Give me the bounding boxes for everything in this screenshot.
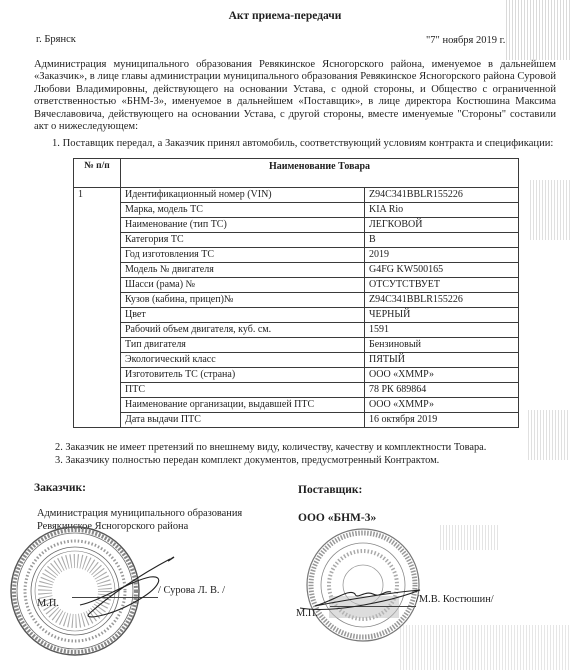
- row-label: Тип двигателя: [121, 338, 365, 353]
- row-label: Цвет: [121, 308, 365, 323]
- row-value: B: [365, 233, 519, 248]
- row-label: Категория ТС: [121, 233, 365, 248]
- scan-artifact: [506, 0, 570, 60]
- intro-text: Администрация муниципального образования…: [34, 59, 556, 133]
- row-value: ПЯТЫЙ: [365, 353, 519, 368]
- row-label: Идентификационный номер (VIN): [121, 188, 365, 203]
- table-row: Наименование (тип ТС)ЛЕГКОВОЙ: [74, 218, 519, 233]
- row-value: Бензиновый: [365, 338, 519, 353]
- row-value: 16 октября 2019: [365, 413, 519, 428]
- table-row: Шасси (рама) №ОТСУТСТВУЕТ: [74, 278, 519, 293]
- row-label: Кузов (кабина, прицеп)№: [121, 293, 365, 308]
- document-city: г. Брянск: [36, 34, 76, 45]
- table-row: Наименование организации, выдавшей ПТСОО…: [74, 398, 519, 413]
- table-row: Рабочий объем двигателя, куб. см.1591: [74, 323, 519, 338]
- customer-signatory: / Сурова Л. В. /: [158, 585, 225, 596]
- table-row: Категория ТСB: [74, 233, 519, 248]
- row-value: KIA Rio: [365, 203, 519, 218]
- document-date: "7" ноября 2019 г.: [426, 35, 505, 46]
- table-row: Дата выдачи ПТС16 октября 2019: [74, 413, 519, 428]
- row-value: 2019: [365, 248, 519, 263]
- row-value: ЧЕРНЫЙ: [365, 308, 519, 323]
- table-row: Экологический классПЯТЫЙ: [74, 353, 519, 368]
- scan-artifact: [528, 410, 570, 460]
- table-row: ЦветЧЕРНЫЙ: [74, 308, 519, 323]
- row-value: G4FG KW500165: [365, 263, 519, 278]
- row-label: ПТС: [121, 383, 365, 398]
- row-value: 1591: [365, 323, 519, 338]
- customer-stamp-label: М.П.: [37, 598, 59, 609]
- table-row: 1Идентификационный номер (VIN)Z94C341BBL…: [74, 188, 519, 203]
- clause-3: 3. Заказчику полностью передан комплект …: [55, 455, 439, 466]
- table-row: Модель № двигателяG4FG KW500165: [74, 263, 519, 278]
- row-value: Z94C341BBLR155226: [365, 293, 519, 308]
- row-label: Экологический класс: [121, 353, 365, 368]
- supplier-signatory: /М.В. Костюшин/: [416, 594, 494, 605]
- row-label: Наименование организации, выдавшей ПТС: [121, 398, 365, 413]
- row-label: Модель № двигателя: [121, 263, 365, 278]
- scan-artifact: [400, 625, 570, 670]
- scan-artifact: [440, 525, 500, 550]
- supplier-stamp-label: М.П.: [296, 608, 318, 619]
- row-value: ЛЕГКОВОЙ: [365, 218, 519, 233]
- row-label: Рабочий объем двигателя, куб. см.: [121, 323, 365, 338]
- vehicle-spec-table: № п/п Наименование Товара 1Идентификацио…: [73, 158, 519, 428]
- header-name: Наименование Товара: [121, 159, 519, 188]
- customer-heading: Заказчик:: [34, 482, 86, 494]
- document-title: Акт приема-передачи: [0, 10, 570, 22]
- header-num: № п/п: [74, 159, 121, 188]
- row-label: Наименование (тип ТС): [121, 218, 365, 233]
- table-row: Марка, модель ТСKIA Rio: [74, 203, 519, 218]
- table-row: Изготовитель ТС (страна)ООО «ХММР»: [74, 368, 519, 383]
- table-row: ПТС78 РК 689864: [74, 383, 519, 398]
- table-row: Тип двигателяБензиновый: [74, 338, 519, 353]
- row-value: 78 РК 689864: [365, 383, 519, 398]
- row-label: Дата выдачи ПТС: [121, 413, 365, 428]
- supplier-heading: Поставщик:: [298, 484, 362, 496]
- row-label: Изготовитель ТС (страна): [121, 368, 365, 383]
- intro-paragraph: Администрация муниципального образования…: [34, 59, 556, 133]
- row-value: ОТСУТСТВУЕТ: [365, 278, 519, 293]
- row-value: ООО «ХММР»: [365, 368, 519, 383]
- row-label: Шасси (рама) №: [121, 278, 365, 293]
- document-page: Акт приема-передачи г. Брянск "7" ноября…: [0, 0, 570, 670]
- clause-1: 1. Поставщик передал, а Заказчик принял …: [34, 138, 556, 150]
- scan-artifact: [530, 180, 570, 240]
- item-number: 1: [74, 188, 121, 428]
- row-label: Марка, модель ТС: [121, 203, 365, 218]
- table-row: Год изготовления ТС2019: [74, 248, 519, 263]
- row-label: Год изготовления ТС: [121, 248, 365, 263]
- row-value: ООО «ХММР»: [365, 398, 519, 413]
- table-row: Кузов (кабина, прицеп)№Z94C341BBLR155226: [74, 293, 519, 308]
- clause-2: 2. Заказчик не имеет претензий по внешне…: [55, 442, 486, 453]
- table-header-row: № п/п Наименование Товара: [74, 159, 519, 188]
- supplier-organization: ООО «БНМ-3»: [298, 512, 376, 524]
- table-body: 1Идентификационный номер (VIN)Z94C341BBL…: [74, 188, 519, 428]
- row-value: Z94C341BBLR155226: [365, 188, 519, 203]
